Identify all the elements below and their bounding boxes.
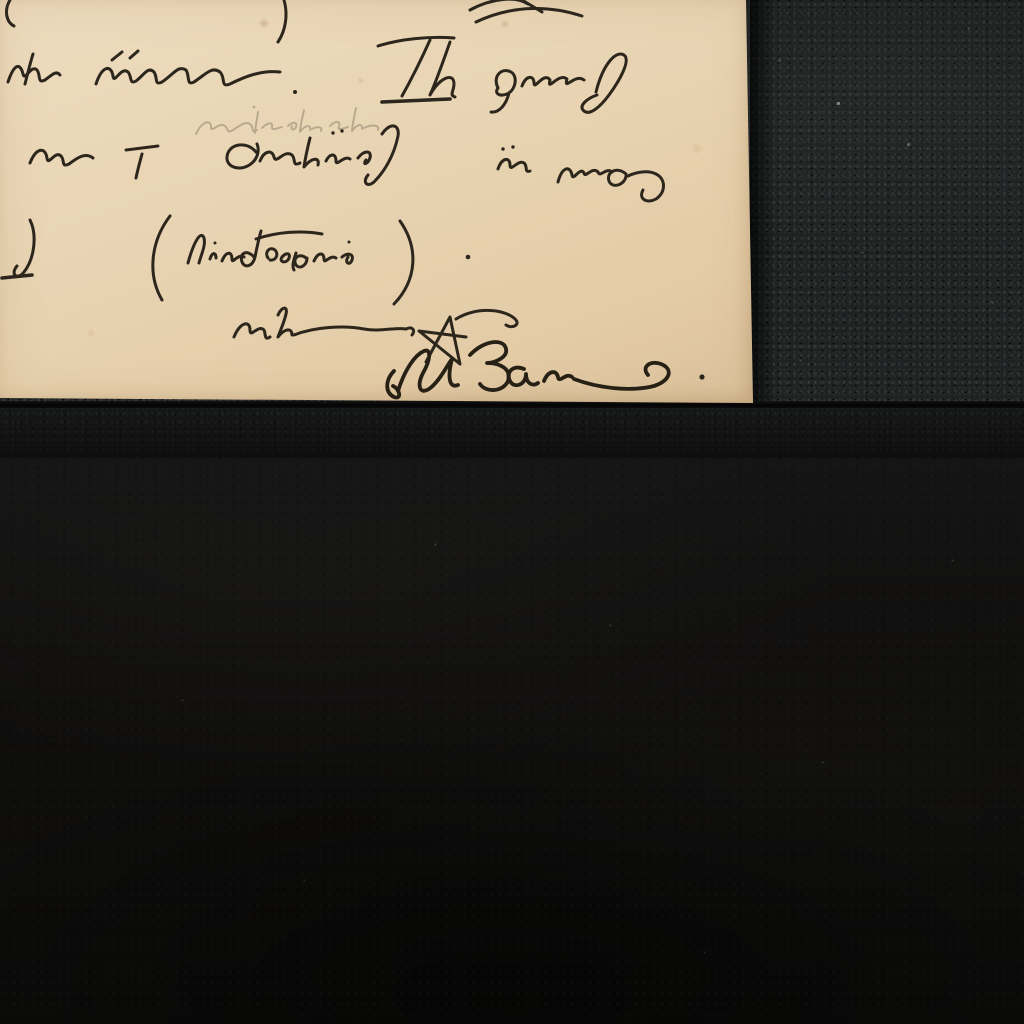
closing-flourish: [234, 308, 517, 364]
letter-card: [0, 0, 754, 404]
background-velvet-lower: [0, 458, 1024, 1024]
photograph: ⟨line cut off by top edge of photo⟩ …lk …: [0, 0, 1024, 1024]
velvet-texture: [0, 458, 1024, 1024]
edge-band-fade: [0, 408, 1024, 460]
signature: [387, 342, 704, 397]
star-doodle: [419, 317, 466, 364]
handwriting-line-3: [2, 216, 470, 304]
handwriting-cropped-top-line: [7, 0, 582, 42]
paper-edge-shadow: [750, 0, 776, 404]
handwriting-line-1: [8, 37, 626, 112]
ik-underline: [382, 99, 450, 102]
backdrop-seam: [0, 401, 1024, 408]
backdrop-edge-band: [0, 408, 1024, 460]
handwriting-line-2: [30, 126, 664, 201]
pencil-annotation: [196, 106, 378, 134]
handwriting: [0, 0, 754, 404]
velvet-lint-specks: [0, 458, 1, 459]
